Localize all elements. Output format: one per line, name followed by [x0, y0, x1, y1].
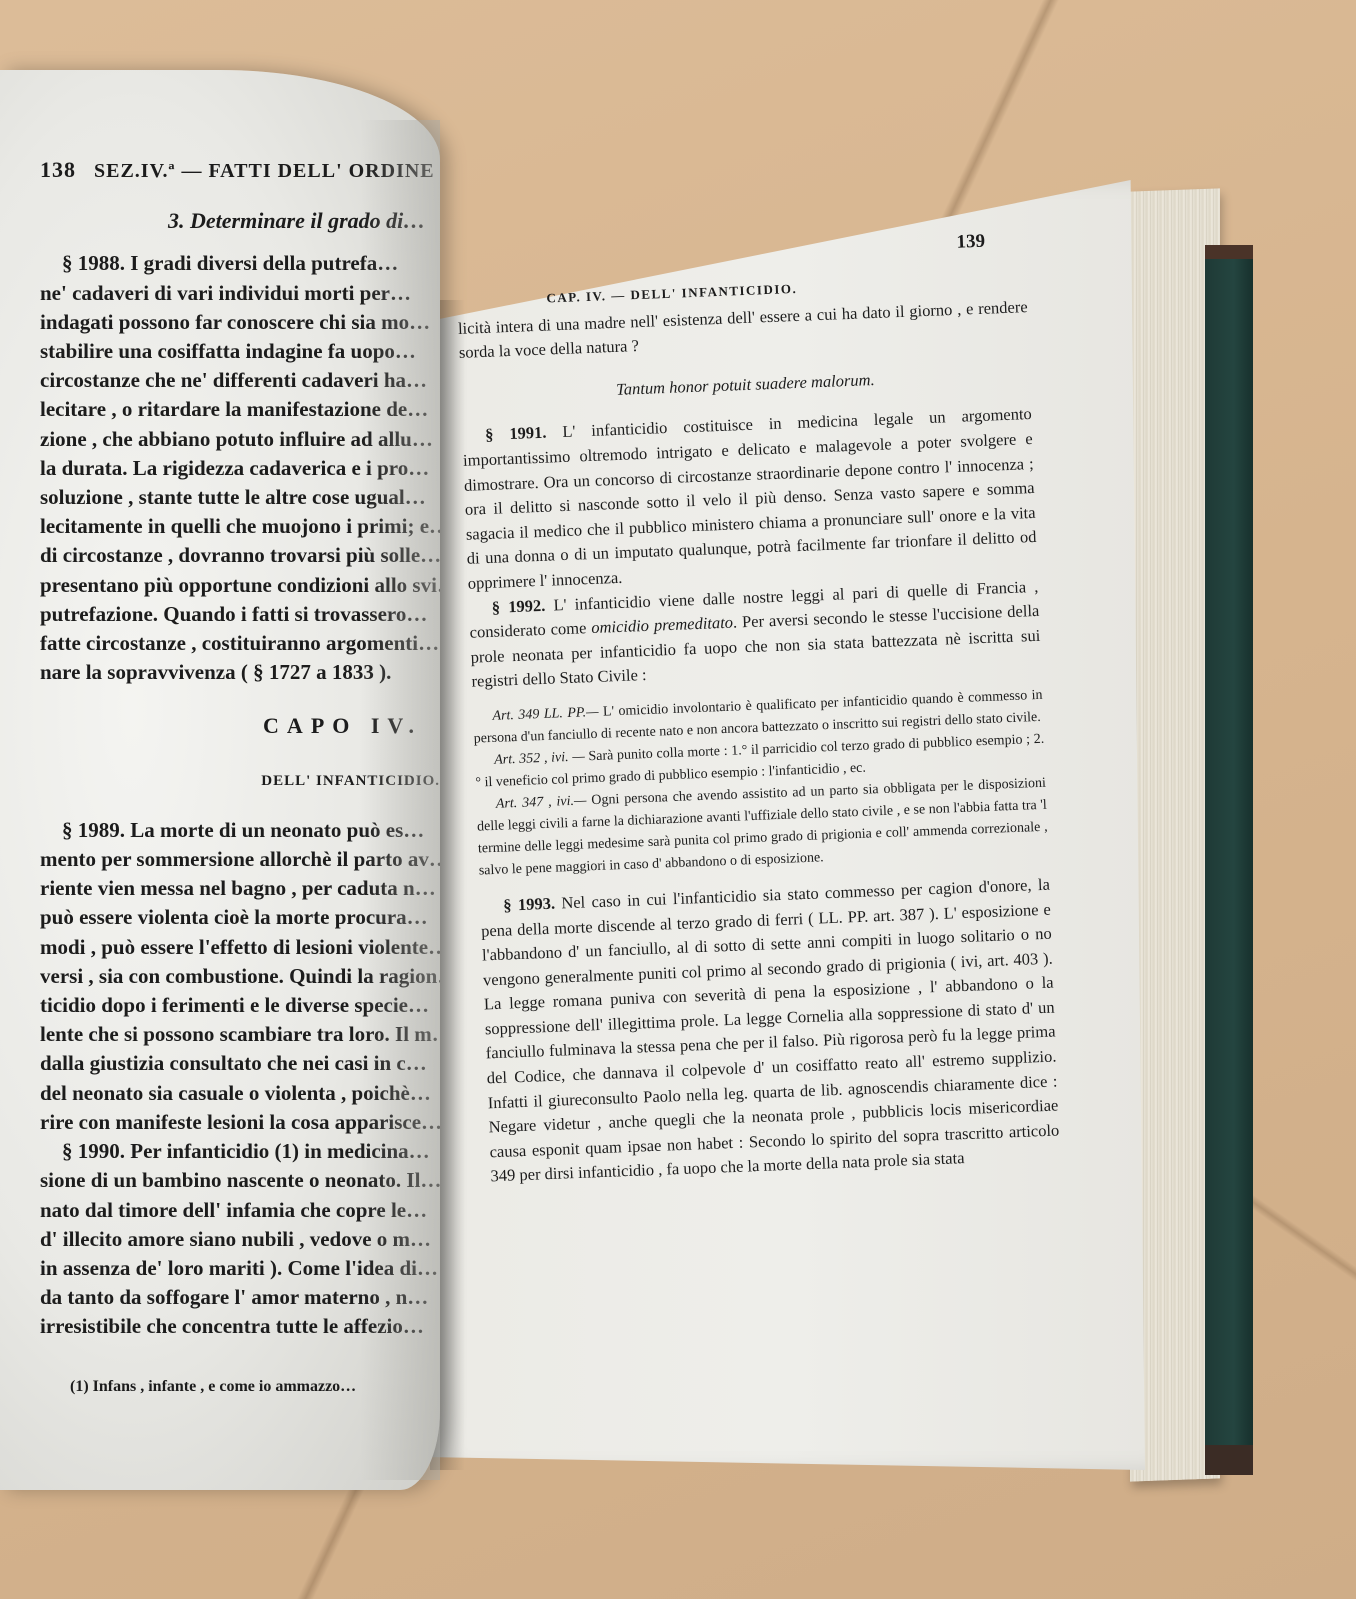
book-cover-spine: [1205, 245, 1253, 1475]
chapter-title: DELL' INFANTICIDIO.: [40, 767, 440, 796]
text-line: in assenza de' loro mariti ). Come l'ide…: [40, 1254, 440, 1283]
text-line: § 1988. I gradi diversi della putrefa…: [40, 249, 440, 278]
paragraph-1993: § 1993. Nel caso in cui l'infanticidio s…: [480, 873, 1061, 1190]
latin-verse: Tantum honor potuit suadere malorum.: [460, 362, 1031, 408]
paragraph-1991: § 1991. L' infanticidio costituisce in m…: [462, 402, 1038, 596]
text-line: sione di un bambino nascente o neonato. …: [40, 1166, 440, 1195]
text-line: soluzione , stante tutte le altre cose u…: [40, 483, 440, 512]
paragraph-text: Nel caso in cui l'infanticidio sia stato…: [481, 875, 1060, 1186]
text-line: modi , può essere l'effetto di lesioni v…: [40, 933, 440, 962]
text-line: presentano più opportune condizioni allo…: [40, 571, 440, 600]
text-line: putrefazione. Quando i fatti si trovasse…: [40, 600, 440, 629]
law-ref: Art. 352 , ivi. —: [494, 749, 585, 767]
law-ref: Art. 349 LL. PP.—: [492, 705, 599, 724]
text-line: irresistibile che concentra tutte le aff…: [40, 1312, 440, 1341]
text-line: § 1990. Per infanticidio (1) in medicina…: [40, 1137, 440, 1166]
section-number: § 1993.: [503, 894, 555, 915]
text-line: riente vien messa nel bagno , per caduta…: [40, 874, 440, 903]
text-line: nare la sopravvivenza ( § 1727 a 1833 ).: [40, 658, 440, 687]
text-line: lecitare , o ritardare la manifestazione…: [40, 395, 440, 424]
text-line: indagati possono far conoscere chi sia m…: [40, 308, 440, 337]
paragraph-text: L' infanticidio costituisce in medicina …: [463, 404, 1037, 592]
text-line: mento per sommersione allorchè il parto …: [40, 845, 440, 874]
text-line: zione , che abbiano potuto influire ad a…: [40, 425, 440, 454]
subheading: 3. Determinare il grado di…: [40, 206, 440, 235]
page-number-left: 138: [40, 157, 76, 182]
text-line: rire con manifeste lesioni la cosa appar…: [40, 1108, 440, 1137]
text-line: lente che si possono scambiare tra loro.…: [40, 1020, 440, 1049]
page-number-right: 139: [956, 230, 985, 256]
text-line: lecitamente in quelli che muojono i prim…: [40, 512, 440, 541]
running-head-left: 138 SEZ.IV.ª — FATTI DELL' ORDINE DEL…: [40, 155, 440, 186]
text-line: fatte circostanze , costituiranno argome…: [40, 629, 440, 658]
text-line: stabilire una cosiffatta indagine fa uop…: [40, 337, 440, 366]
right-page-text: 139 CAP. IV. — DELL' INFANTICIDIO. licit…: [455, 228, 1061, 1189]
text-line: circostanze che ne' differenti cadaveri …: [40, 366, 440, 395]
text-line: ticidio dopo i ferimenti e le diverse sp…: [40, 991, 440, 1020]
text-line: nato dal timore dell' infamia che copre …: [40, 1196, 440, 1225]
text-line: ne' cadaveri di vari individui morti per…: [40, 279, 440, 308]
law-text: Ogni persona che avendo assistito ad un …: [477, 776, 1048, 879]
section-number: § 1992.: [491, 595, 545, 616]
text-line: versi , sia con combustione. Quindi la r…: [40, 962, 440, 991]
text-line: di circostanze , dovranno trovarsi più s…: [40, 541, 440, 570]
law-ref: Art. 347 , ivi.—: [496, 793, 587, 811]
text-line: da tanto da soffogare l' amor materno , …: [40, 1283, 440, 1312]
left-page-text: 138 SEZ.IV.ª — FATTI DELL' ORDINE DEL… 3…: [40, 155, 440, 1435]
paragraph-text: . Per aversi secondo le stesse l'uccisio…: [470, 601, 1040, 691]
emphasis: omicidio premeditato: [591, 613, 733, 637]
text-line: d' illecito amore siano nubili , vedove …: [40, 1225, 440, 1254]
text-line: la durata. La rigidezza cadaverica e i p…: [40, 454, 440, 483]
text-line: dalla giustizia consultato che nei casi …: [40, 1049, 440, 1078]
running-head-text: SEZ.IV.ª — FATTI DELL' ORDINE DEL…: [94, 160, 440, 182]
footnote: (1) Infans , infante , e come io ammazzo…: [40, 1372, 440, 1401]
chapter-heading: CAPO IV.: [40, 711, 440, 740]
text-line: può essere violenta cioè la morte procur…: [40, 903, 440, 932]
section-number: § 1991.: [485, 423, 547, 444]
paragraph-1992: § 1992. L' infanticidio viene dalle nost…: [468, 574, 1041, 694]
text-line: § 1989. La morte di un neonato può es…: [40, 816, 440, 845]
text-line: del neonato sia casuale o violenta , poi…: [40, 1079, 440, 1108]
photo-scene: 139 CAP. IV. — DELL' INFANTICIDIO. licit…: [0, 0, 1356, 1599]
